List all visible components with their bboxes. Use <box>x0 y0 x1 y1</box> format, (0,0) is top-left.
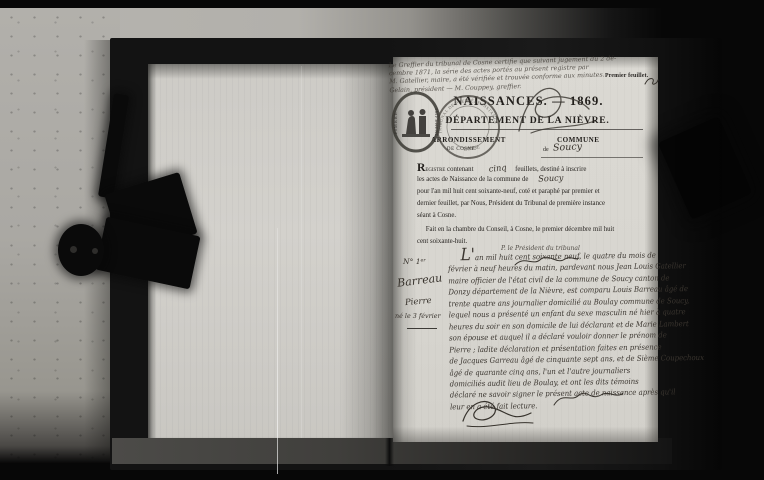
right-page: Le Greffier du tribunal de Cosne certifi… <box>393 57 658 442</box>
register-contenant: contenant <box>447 165 473 173</box>
register-line-5: séant à Cosne. <box>417 211 648 219</box>
cachet-bottom-text: COSNE <box>463 145 480 153</box>
margin-underline <box>407 328 437 329</box>
timbre-word-left: TIMBRE <box>393 111 398 134</box>
act-firstname: Pierre <box>405 296 432 308</box>
commune-underline <box>541 157 643 158</box>
register-line-2: les actes de Naissance de la commune de … <box>417 174 648 184</box>
paraph-mark <box>643 74 659 88</box>
tribunal-cachet-stamp: TRIBUNAL DE PREMIÈRE INSTANCE COSNE <box>427 86 508 167</box>
archival-photograph: Le Greffier du tribunal de Cosne certifi… <box>0 0 764 480</box>
binding-fold <box>385 438 394 466</box>
clamp-screw <box>92 248 98 254</box>
register-line-3: pour l'an mil huit cent soixante-neuf, c… <box>417 187 648 195</box>
mayor-signature <box>459 395 539 429</box>
act-number: N° 1ᵉʳ <box>403 257 426 266</box>
commune-name-handwritten-2: Soucy <box>538 173 564 184</box>
film-scratch <box>277 228 278 474</box>
fait-line-1: Fait en la chambre du Conseil, à Cosne, … <box>417 225 648 233</box>
commune-name-handwritten: Soucy <box>553 141 583 154</box>
fait-line-2: cent soixante-huit. <box>417 237 648 245</box>
premier-feuillet-label: Premier feuillet. <box>605 73 648 79</box>
clamp-screw <box>70 246 77 253</box>
act-surname: Barreau <box>396 271 443 289</box>
register-feuillets: feuillets, destiné à inscrire <box>515 165 586 173</box>
witness-signature <box>551 387 627 409</box>
register-line-4: dernier feuillet, par Nous, Président du… <box>417 199 648 207</box>
commune-de: de <box>543 147 549 153</box>
handwritten-paraph <box>511 81 603 139</box>
act-birthdate-note: né le 3 février <box>395 312 441 320</box>
film-scratch <box>301 66 302 438</box>
register-line-2-text: les actes de Naissance de la commune de <box>417 175 528 183</box>
